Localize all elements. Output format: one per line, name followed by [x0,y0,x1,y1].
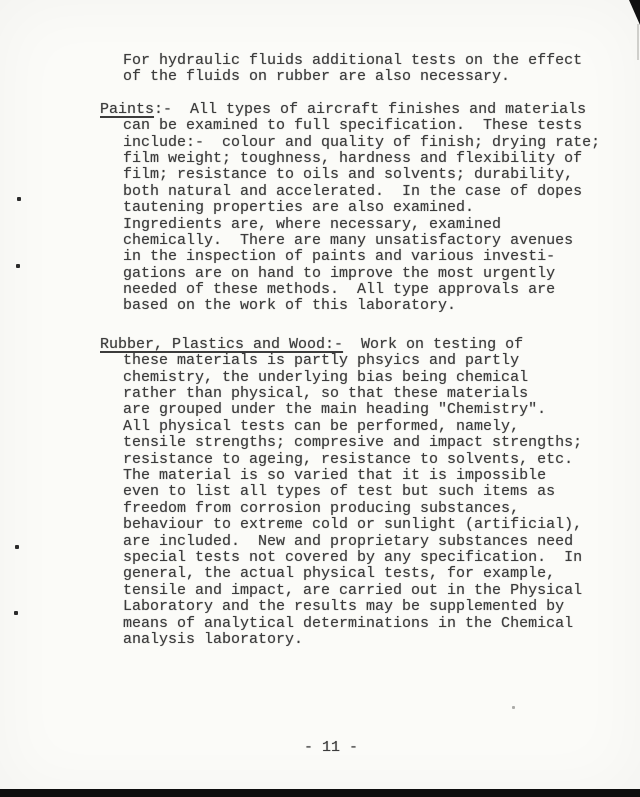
heading-lead-text: All types of aircraft finishes and mater… [172,101,586,118]
text-line: For hydraulic fluids additional tests on… [100,53,605,69]
text-line: of the fluids on rubber are also necessa… [100,69,605,85]
text-line: All physical tests can be performed, nam… [100,419,605,435]
section-heading-paints: Paints [100,101,154,118]
text-line: resistance to ageing, resistance to solv… [100,452,605,468]
text-column: For hydraulic fluids additional tests on… [100,53,605,648]
scan-corner-artifact [629,0,640,25]
text-line: these materials is partly phsyics and pa… [100,353,605,369]
paragraph-rubber-plastics-wood: Rubber, Plastics and Wood:- Work on test… [100,337,605,648]
text-line: means of analytical determinations in th… [100,616,605,632]
text-line: are grouped under the main heading "Chem… [100,402,605,418]
scanned-document-page: For hydraulic fluids additional tests on… [0,0,640,797]
margin-dot [15,545,19,549]
text-line: can be examined to full specification. T… [100,118,605,134]
paragraph-paints: Paints:- All types of aircraft finishes … [100,102,605,315]
heading-punctuation: :- [154,101,172,118]
text-line: special tests not covered by any specifi… [100,550,605,566]
text-line: Ingredients are, where necessary, examin… [100,217,605,233]
text-line: chemically. There are many unsatisfactor… [100,233,605,249]
text-line: even to list all types of test but such … [100,484,605,500]
text-line: chemistry, the underlying bias being che… [100,370,605,386]
text-line: tensile strengths; compresive and impact… [100,435,605,451]
text-line: general, the actual physical tests, for … [100,566,605,582]
text-line: needed of these methods. All type approv… [100,282,605,298]
text-line: Laboratory and the results may be supple… [100,599,605,615]
text-line: Rubber, Plastics and Wood:- Work on test… [100,337,605,353]
speck-artifact [512,706,515,709]
margin-dot [17,197,21,201]
text-line: rather than physical, so that these mate… [100,386,605,402]
text-line: based on the work of this laboratory. [100,298,605,314]
text-line: freedom from corrosion producing substan… [100,501,605,517]
text-line: Paints:- All types of aircraft finishes … [100,102,605,118]
text-line: behaviour to extreme cold or sunlight (a… [100,517,605,533]
text-line: The material is so varied that it is imp… [100,468,605,484]
paragraph-intro: For hydraulic fluids additional tests on… [100,53,605,86]
scan-edge-artifact [637,24,639,60]
text-line: tautening properties are also examined. [100,200,605,216]
text-line: are included. New and proprietary substa… [100,534,605,550]
text-line: film; resistance to oils and solvents; d… [100,167,605,183]
scan-bottom-bar-artifact [0,789,640,797]
text-line: film weight; toughness, hardness and fle… [100,151,605,167]
text-line: tensile and impact, are carried out in t… [100,583,605,599]
margin-dot [14,611,18,615]
page-number: - 11 - [0,739,640,756]
margin-dot [16,264,20,268]
heading-lead-text: Work on testing of [343,336,523,353]
text-line: include:- colour and quality of finish; … [100,135,605,151]
text-line: in the inspection of paints and various … [100,249,605,265]
text-line: gations are on hand to improve the most … [100,266,605,282]
text-line: both natural and accelerated. In the cas… [100,184,605,200]
section-heading-rubber-plastics-wood: Rubber, Plastics and Wood:- [100,336,343,353]
text-line: analysis laboratory. [100,632,605,648]
